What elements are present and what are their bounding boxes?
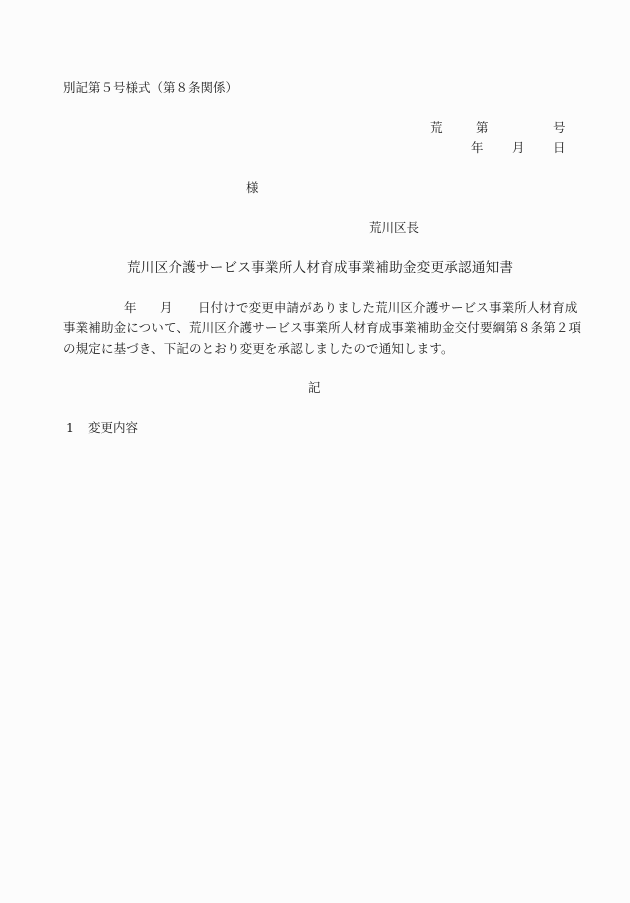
date-month: 月: [512, 142, 525, 155]
item-number: 1: [66, 422, 74, 435]
body-line-2: 事業補助金について、荒川区介護サービス事業所人材育成事業補助金交付要綱第８条第２…: [63, 322, 581, 335]
date-day: 日: [553, 142, 566, 155]
body-date-month: 月: [160, 302, 173, 315]
reference-dai: 第: [476, 122, 489, 135]
body-date-year: 年: [124, 302, 137, 315]
body-line-3: の規定に基づき、下記のとおり変更を承認しましたので通知します。: [63, 343, 454, 356]
document-page: 別記第５号様式（第８条関係） 荒 第 号 年 月 日 様 荒川区長 荒川区介護サ…: [0, 0, 630, 903]
issuer: 荒川区長: [369, 222, 419, 235]
item-label: 変更内容: [88, 422, 138, 435]
reference-prefix: 荒: [430, 122, 443, 135]
ki-heading: 記: [308, 382, 321, 395]
body-line-1: 日付けで変更申請がありました荒川区介護サービス事業所人材育成: [198, 302, 578, 315]
date-year: 年: [471, 142, 484, 155]
addressee-suffix: 様: [246, 182, 259, 195]
document-title: 荒川区介護サービス事業所人材育成事業補助金変更承認通知書: [127, 262, 513, 276]
form-label: 別記第５号様式（第８条関係）: [63, 82, 238, 95]
reference-go: 号: [553, 122, 566, 135]
